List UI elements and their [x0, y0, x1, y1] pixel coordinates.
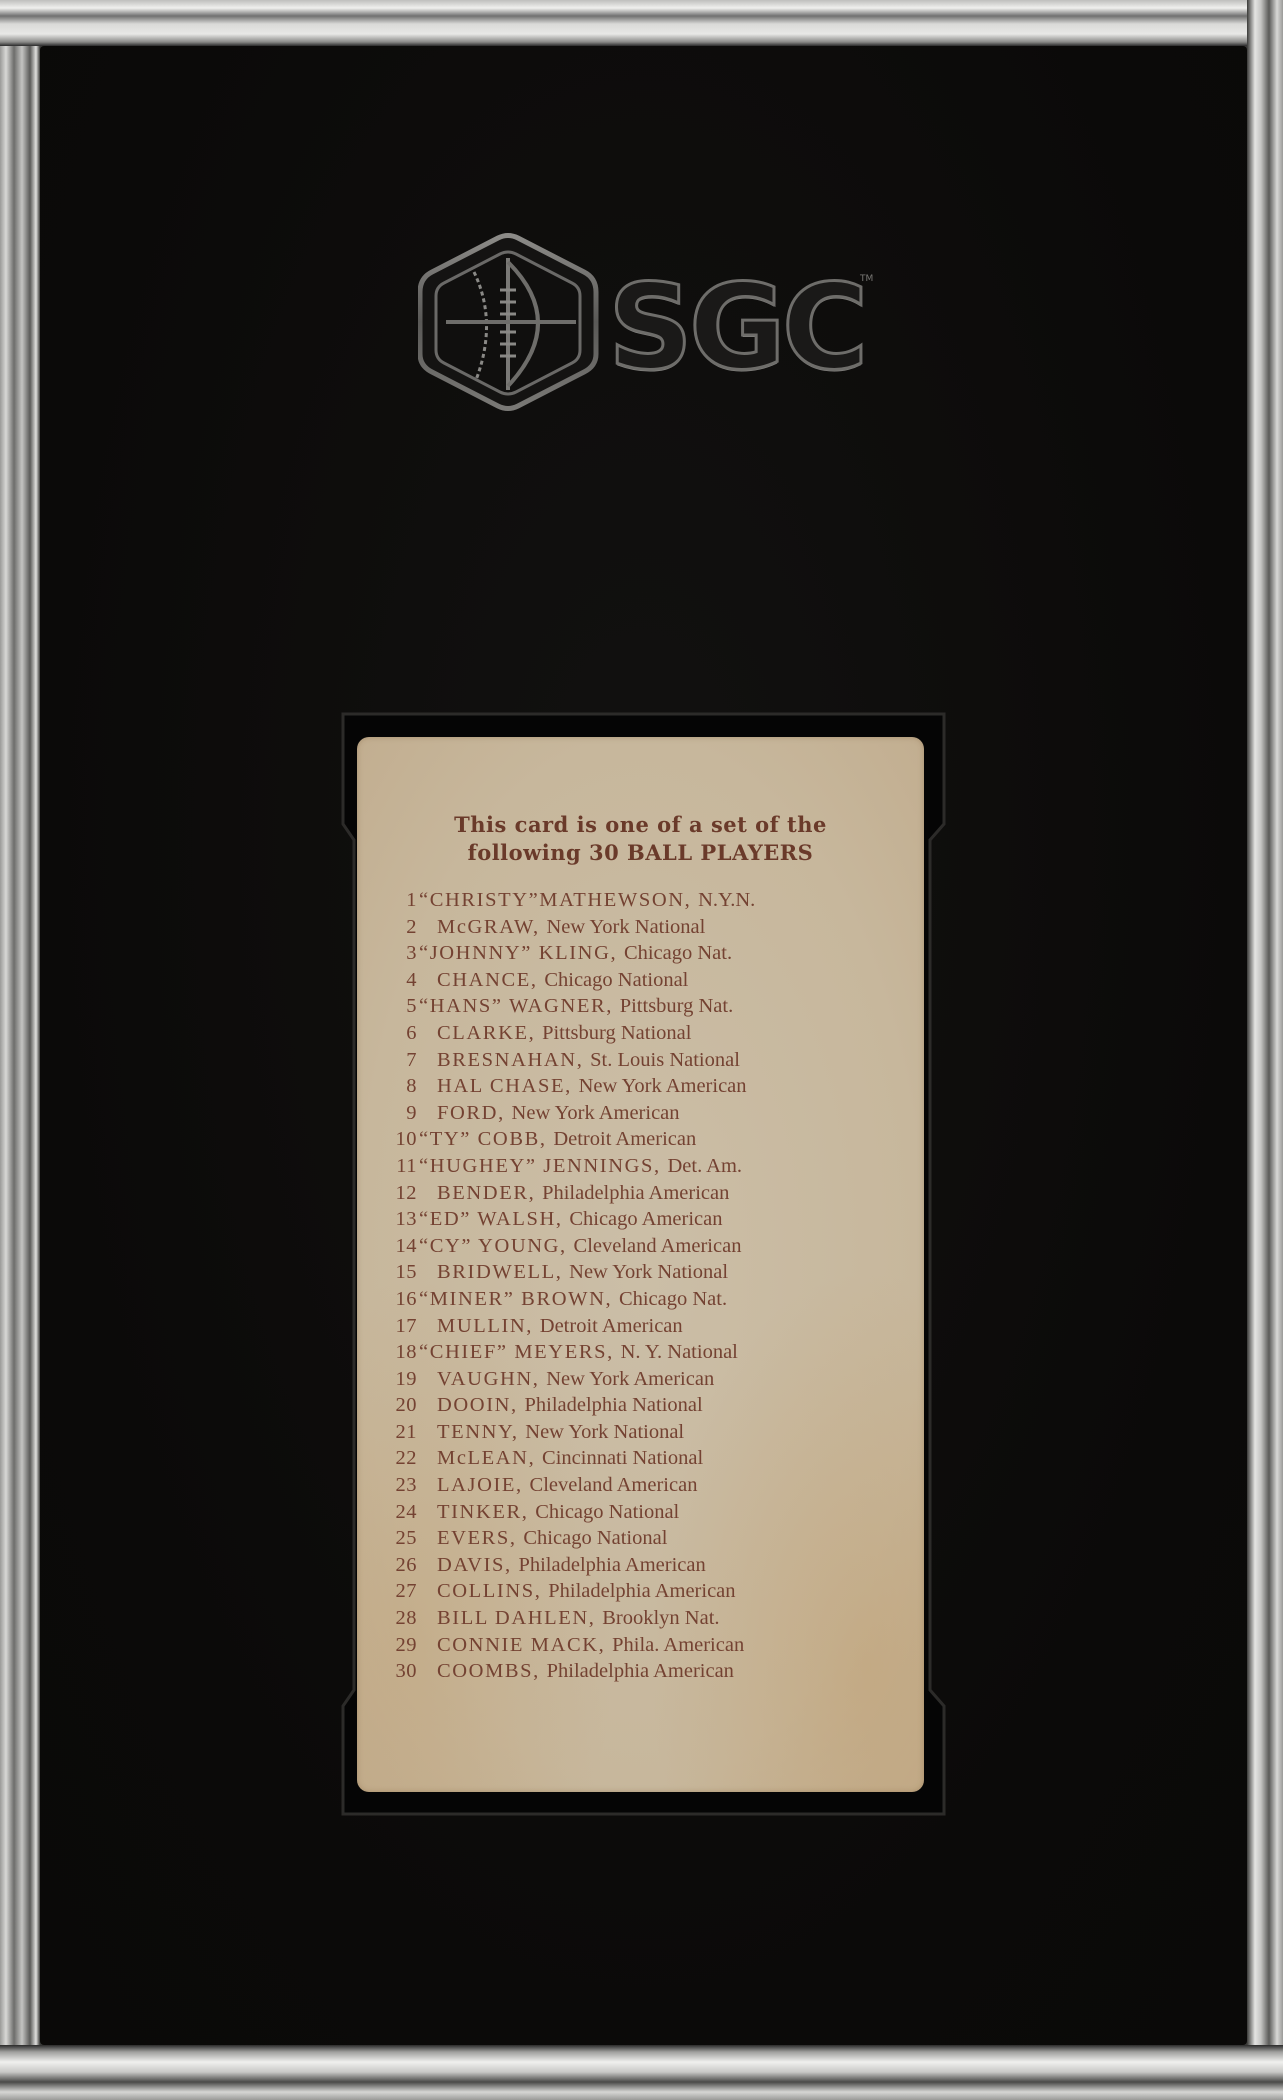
checklist-row: 3 “JOHNNY” KLING, Chicago Nat. — [357, 940, 924, 967]
player-name: McLEAN, — [437, 1447, 542, 1469]
player-number: 17 — [357, 1313, 417, 1340]
checklist-row: 20 DOOIN, Philadelphia National — [357, 1392, 924, 1419]
player-number: 12 — [357, 1180, 417, 1207]
checklist-row: 4 CHANCE, Chicago National — [357, 967, 924, 994]
slab-bottom-edge — [0, 2045, 1283, 2100]
player-team: N. Y. National — [621, 1341, 738, 1363]
player-number: 5 — [357, 993, 417, 1020]
player-name: CHANCE, — [437, 969, 544, 991]
player-number: 25 — [357, 1525, 417, 1552]
player-team: Philadelphia American — [518, 1554, 705, 1576]
player-team: Chicago Nat. — [624, 942, 732, 964]
player-entry: BENDER, Philadelphia American — [437, 1180, 729, 1207]
slab-right-edge — [1247, 0, 1283, 2100]
player-name: McGRAW, — [437, 916, 546, 938]
player-entry: CLARKE, Pittsburg National — [437, 1020, 691, 1047]
checklist-row: 27 COLLINS, Philadelphia American — [357, 1578, 924, 1605]
player-entry: VAUGHN, New York American — [437, 1366, 714, 1393]
player-name: HAL CHASE, — [437, 1075, 579, 1097]
player-number: 6 — [357, 1020, 417, 1047]
player-entry: HAL CHASE, New York American — [437, 1073, 747, 1100]
player-entry: BRESNAHAN, St. Louis National — [437, 1047, 740, 1074]
player-name: “CHIEF” MEYERS, — [419, 1341, 621, 1363]
player-number: 16 — [357, 1286, 417, 1313]
player-entry: “ED” WALSH, Chicago American — [419, 1206, 722, 1233]
checklist-row: 7 BRESNAHAN, St. Louis National — [357, 1047, 924, 1074]
player-name: COOMBS, — [437, 1660, 547, 1682]
player-number: 27 — [357, 1578, 417, 1605]
checklist-row: 1 “CHRISTY”MATHEWSON, N.Y.N. — [357, 887, 924, 914]
player-team: Chicago Nat. — [619, 1288, 727, 1310]
player-number: 19 — [357, 1366, 417, 1393]
checklist-row: 5 “HANS” WAGNER, Pittsburg Nat. — [357, 993, 924, 1020]
checklist-row: 13 “ED” WALSH, Chicago American — [357, 1206, 924, 1233]
checklist-row: 6 CLARKE, Pittsburg National — [357, 1020, 924, 1047]
player-entry: DOOIN, Philadelphia National — [437, 1392, 703, 1419]
player-name: DAVIS, — [437, 1554, 518, 1576]
baseball-card-back: This card is one of a set of the followi… — [357, 737, 924, 1792]
player-name: “CHRISTY”MATHEWSON, — [419, 889, 698, 911]
checklist-row: 21 TENNY, New York National — [357, 1419, 924, 1446]
player-number: 28 — [357, 1605, 417, 1632]
player-team: Chicago National — [523, 1527, 667, 1549]
player-number: 8 — [357, 1073, 417, 1100]
checklist-row: 15 BRIDWELL, New York National — [357, 1259, 924, 1286]
player-entry: “HUGHEY” JENNINGS, Det. Am. — [419, 1153, 742, 1180]
player-number: 4 — [357, 967, 417, 994]
player-checklist: 1 “CHRISTY”MATHEWSON, N.Y.N. 2 McGRAW, N… — [357, 887, 924, 1685]
player-team: Philadelphia American — [547, 1660, 734, 1682]
checklist-row: 22 McLEAN, Cincinnati National — [357, 1445, 924, 1472]
player-entry: McGRAW, New York National — [437, 914, 705, 941]
player-team: Pittsburg National — [542, 1022, 691, 1044]
checklist-row: 24 TINKER, Chicago National — [357, 1499, 924, 1526]
player-entry: TINKER, Chicago National — [437, 1499, 679, 1526]
checklist-row: 29 CONNIE MACK, Phila. American — [357, 1632, 924, 1659]
player-number: 1 — [357, 887, 417, 914]
card-header: This card is one of a set of the followi… — [357, 811, 924, 867]
player-team: Philadelphia National — [525, 1394, 703, 1416]
player-number: 21 — [357, 1419, 417, 1446]
player-entry: “HANS” WAGNER, Pittsburg Nat. — [419, 993, 733, 1020]
checklist-row: 11 “HUGHEY” JENNINGS, Det. Am. — [357, 1153, 924, 1180]
player-number: 11 — [357, 1153, 417, 1180]
player-name: “ED” WALSH, — [419, 1208, 569, 1230]
player-name: “TY” COBB, — [419, 1128, 553, 1150]
checklist-row: 30 COOMBS, Philadelphia American — [357, 1658, 924, 1685]
player-number: 30 — [357, 1658, 417, 1685]
checklist-row: 26 DAVIS, Philadelphia American — [357, 1552, 924, 1579]
player-name: BRESNAHAN, — [437, 1049, 590, 1071]
checklist-row: 9 FORD, New York American — [357, 1100, 924, 1127]
player-number: 20 — [357, 1392, 417, 1419]
player-team: St. Louis National — [590, 1049, 740, 1071]
player-team: Phila. American — [612, 1634, 744, 1656]
player-entry: BILL DAHLEN, Brooklyn Nat. — [437, 1605, 720, 1632]
player-entry: McLEAN, Cincinnati National — [437, 1445, 703, 1472]
player-team: Chicago National — [544, 969, 688, 991]
player-entry: “CHIEF” MEYERS, N. Y. National — [419, 1339, 738, 1366]
checklist-row: 18 “CHIEF” MEYERS, N. Y. National — [357, 1339, 924, 1366]
player-name: TINKER, — [437, 1501, 535, 1523]
player-entry: CONNIE MACK, Phila. American — [437, 1632, 744, 1659]
player-number: 3 — [357, 940, 417, 967]
checklist-row: 23 LAJOIE, Cleveland American — [357, 1472, 924, 1499]
player-team: New York National — [569, 1261, 728, 1283]
checklist-row: 10 “TY” COBB, Detroit American — [357, 1126, 924, 1153]
player-team: Cleveland American — [530, 1474, 698, 1496]
player-team: Philadelphia American — [542, 1182, 729, 1204]
player-team: N.Y.N. — [698, 889, 755, 911]
checklist-row: 14 “CY” YOUNG, Cleveland American — [357, 1233, 924, 1260]
player-team: Detroit American — [553, 1128, 696, 1150]
player-number: 29 — [357, 1632, 417, 1659]
brand-wordmark: SGC — [608, 268, 864, 386]
player-number: 24 — [357, 1499, 417, 1526]
player-name: LAJOIE, — [437, 1474, 530, 1496]
player-name: “HUGHEY” JENNINGS, — [419, 1155, 667, 1177]
player-entry: LAJOIE, Cleveland American — [437, 1472, 697, 1499]
player-number: 23 — [357, 1472, 417, 1499]
player-name: “MINER” BROWN, — [419, 1288, 619, 1310]
player-name: FORD, — [437, 1102, 512, 1124]
player-number: 7 — [357, 1047, 417, 1074]
checklist-row: 19 VAUGHN, New York American — [357, 1366, 924, 1393]
checklist-row: 16 “MINER” BROWN, Chicago Nat. — [357, 1286, 924, 1313]
player-entry: MULLIN, Detroit American — [437, 1313, 683, 1340]
checklist-row: 17 MULLIN, Detroit American — [357, 1313, 924, 1340]
player-entry: “MINER” BROWN, Chicago Nat. — [419, 1286, 727, 1313]
player-entry: COOMBS, Philadelphia American — [437, 1658, 734, 1685]
player-name: COLLINS, — [437, 1580, 548, 1602]
player-number: 26 — [357, 1552, 417, 1579]
player-number: 15 — [357, 1259, 417, 1286]
checklist-row: 12 BENDER, Philadelphia American — [357, 1180, 924, 1207]
player-team: New York American — [512, 1102, 680, 1124]
player-name: EVERS, — [437, 1527, 523, 1549]
player-number: 18 — [357, 1339, 417, 1366]
player-entry: FORD, New York American — [437, 1100, 680, 1127]
header-line-1: This card is one of a set of the — [357, 811, 924, 839]
player-number: 22 — [357, 1445, 417, 1472]
player-name: “HANS” WAGNER, — [419, 995, 620, 1017]
player-entry: DAVIS, Philadelphia American — [437, 1552, 706, 1579]
player-name: DOOIN, — [437, 1394, 525, 1416]
player-team: New York National — [546, 916, 705, 938]
player-team: Chicago American — [569, 1208, 722, 1230]
sgc-logo: SGC TM — [418, 232, 878, 412]
player-name: BRIDWELL, — [437, 1261, 569, 1283]
player-name: BILL DAHLEN, — [437, 1607, 602, 1629]
player-entry: BRIDWELL, New York National — [437, 1259, 728, 1286]
player-team: New York National — [525, 1421, 684, 1443]
player-name: MULLIN, — [437, 1315, 540, 1337]
player-team: Det. Am. — [667, 1155, 742, 1177]
header-line-2: following 30 BALL PLAYERS — [357, 839, 924, 867]
player-team: Cleveland American — [574, 1235, 742, 1257]
trademark-mark: TM — [860, 274, 873, 284]
player-name: “CY” YOUNG, — [419, 1235, 574, 1257]
player-name: CONNIE MACK, — [437, 1634, 612, 1656]
player-entry: COLLINS, Philadelphia American — [437, 1578, 736, 1605]
player-team: Detroit American — [540, 1315, 683, 1337]
player-entry: TENNY, New York National — [437, 1419, 684, 1446]
player-team: Chicago National — [535, 1501, 679, 1523]
player-name: CLARKE, — [437, 1022, 542, 1044]
player-name: VAUGHN, — [437, 1368, 546, 1390]
player-name: TENNY, — [437, 1421, 525, 1443]
player-number: 14 — [357, 1233, 417, 1260]
player-team: New York American — [579, 1075, 747, 1097]
player-number: 13 — [357, 1206, 417, 1233]
player-team: Cincinnati National — [542, 1447, 703, 1469]
player-entry: “JOHNNY” KLING, Chicago Nat. — [419, 940, 732, 967]
player-entry: EVERS, Chicago National — [437, 1525, 667, 1552]
checklist-row: 8 HAL CHASE, New York American — [357, 1073, 924, 1100]
player-entry: “TY” COBB, Detroit American — [419, 1126, 696, 1153]
checklist-row: 2 McGRAW, New York National — [357, 914, 924, 941]
slab-top-edge — [0, 0, 1283, 46]
player-number: 9 — [357, 1100, 417, 1127]
player-team: Brooklyn Nat. — [602, 1607, 719, 1629]
checklist-row: 28 BILL DAHLEN, Brooklyn Nat. — [357, 1605, 924, 1632]
player-name: “JOHNNY” KLING, — [419, 942, 624, 964]
player-team: Philadelphia American — [548, 1580, 735, 1602]
player-number: 10 — [357, 1126, 417, 1153]
player-entry: “CHRISTY”MATHEWSON, N.Y.N. — [419, 887, 755, 914]
checklist-row: 25 EVERS, Chicago National — [357, 1525, 924, 1552]
player-name: BENDER, — [437, 1182, 542, 1204]
player-entry: “CY” YOUNG, Cleveland American — [419, 1233, 741, 1260]
player-team: New York American — [546, 1368, 714, 1390]
player-entry: CHANCE, Chicago National — [437, 967, 688, 994]
player-team: Pittsburg Nat. — [620, 995, 734, 1017]
player-number: 2 — [357, 914, 417, 941]
